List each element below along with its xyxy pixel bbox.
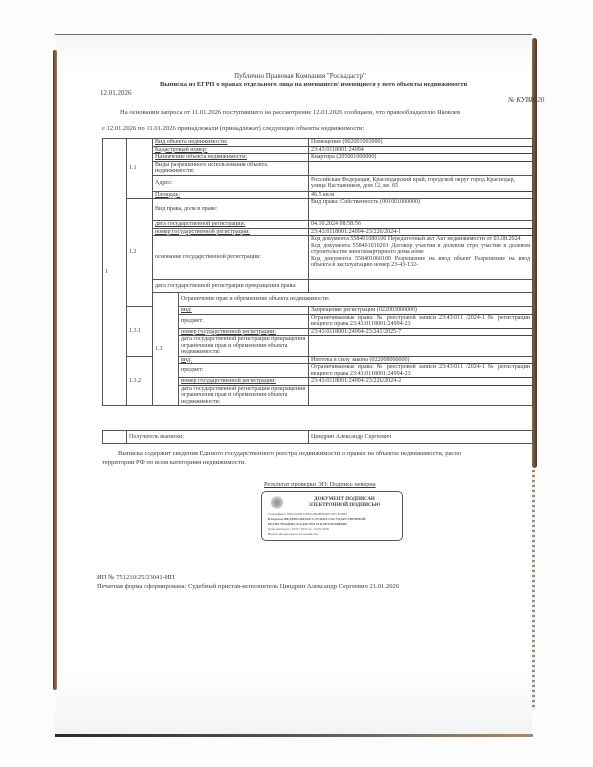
row-label: основание государственной регистрации: [153, 236, 309, 280]
basis-document: Код документа 558401060100 Разрешение на… [311, 256, 530, 269]
basis-document: Код документа 558401080100 Передаточный … [311, 236, 530, 243]
row-value-list: Код документа 558401080100 Передаточный … [309, 236, 533, 280]
recipient-blank [103, 431, 127, 444]
footer-note-line-2: территории РФ по всем категориям недвижи… [102, 459, 246, 467]
row-label: дата государственной регистрации прекращ… [179, 385, 309, 406]
row-value: Ограничиваемые права: № реестровой запис… [309, 364, 533, 378]
row-label: Вид объекта недвижимости: [153, 139, 309, 147]
row-value: Запрещение регистрации (022003000000) [309, 307, 533, 315]
row-label: дата государственной регистрации: [153, 221, 309, 229]
row-value: 46.5 кв.м [309, 191, 533, 199]
row-label: вид: [179, 307, 309, 315]
stamp-validity: Действителен с 02.07.2025 по 25.09.2026 [268, 527, 329, 532]
row-value: 23:43:0118001:24994-23/241/2025-7 [309, 328, 533, 336]
row-label: Назначение объекта недвижимости: [153, 154, 309, 162]
document-number: № КУВИ-20 [508, 96, 544, 104]
stamp-owner-2: РЕГИСТРАЦИИ, КАДАСТРА И КАРТОГРАФИИ [268, 522, 347, 527]
electronic-signature-stamp: ДОКУМЕНТ ПОДПИСАН ЭЛЕКТРОННОЙ ПОДПИСЬЮ С… [261, 491, 403, 541]
case-number: ИП № 751210/25/23041-ИП [97, 574, 174, 582]
row-value: 23:43:0118001:24994 [309, 146, 533, 154]
row-value: 23:43:0118001:24994-23/226/2024-2 [309, 378, 533, 386]
printed-by: Печатная форма сформирована: Судебный пр… [97, 583, 399, 591]
row-value: Ограничиваемые права: № реестровой запис… [309, 314, 533, 328]
signature-check-result: Результат проверки ЭП: Подпись неверна [264, 481, 376, 489]
row-label: номер государственной регистрации: [179, 378, 309, 386]
stamp-title-2: ЭЛЕКТРОННОЙ ПОДПИСЬЮ [292, 503, 397, 509]
row-label: Адрес: [153, 175, 309, 191]
row-value: Вид права: Собственность (001001000000) [309, 199, 533, 221]
row-value: Российская Федерация, Краснодарский край… [309, 175, 533, 191]
row-label: Площадь: [153, 191, 309, 199]
row-value: 23:43:0118001:24994-23/226/2024-1 [309, 228, 533, 236]
stamp-owner: Владелец ФЕДЕРАЛЬНАЯ СЛУЖБА ГОСУДАРСТВЕН… [268, 517, 366, 522]
coat-of-arms-icon [270, 496, 284, 509]
stamp-certificate: Сертификат 4FD2A28CCB6A2DDB60AEC0ECE5DD [268, 512, 347, 517]
page-edge-right-lower [532, 470, 535, 710]
root-index: 1 [103, 139, 127, 406]
recipient-value: Циндрин Александр Сергеевич [309, 431, 533, 444]
row-value: 04.10.2024 08:58:56 [309, 221, 533, 229]
document-date: 12.01.2026 [100, 89, 132, 97]
row-value [309, 161, 533, 175]
page-bottom-edge [55, 734, 533, 737]
row-value: Ипотека в силу закона (022008000000) [309, 356, 533, 364]
org-name: Публично Правовая Компания "Роскадастр" [200, 72, 400, 80]
footer-note-line-1: Выписка содержит сведения Единого госуда… [118, 450, 461, 458]
row-label: Виды разрешенного использования объекта … [153, 161, 309, 175]
row-label: Кадастровый номер: [153, 146, 309, 154]
recipient-label: Получатель выписки: [127, 431, 309, 444]
row-label: номер государственной регистрации: [153, 228, 309, 236]
row-label: дата государственной регистрации прекращ… [153, 280, 309, 293]
subsection-index: 1.3.1 [127, 307, 153, 357]
row-value: Квартира (205001000000) [309, 154, 533, 162]
row-label: предмет: [179, 364, 309, 378]
intro-line-2: с 12.01.2026 по 11.01.2026 принадлежали … [102, 125, 364, 133]
row-label: Ограничение прав и обременение объекта н… [179, 293, 533, 307]
subsection-index: 1.3.2 [127, 356, 153, 406]
row-value [309, 336, 533, 357]
basis-document: Код документа 558401010201 Договор участ… [311, 243, 530, 256]
page-edge-left [53, 50, 57, 690]
row-label: вид: [179, 356, 309, 364]
section-index: 1.3 [153, 293, 179, 406]
row-label: предмет: [179, 314, 309, 328]
document-title: Выписка из ЕГРН о правах отдельного лица… [160, 81, 467, 89]
intro-line-1: На основании запроса от 11.01.2026 посту… [120, 109, 460, 117]
row-value [309, 385, 533, 406]
row-label: Вид права, доля в праве: [153, 199, 309, 221]
stamp-issuer: Выдан Федеральное казначейство [268, 532, 319, 537]
section-index: 1.2 [127, 199, 153, 307]
row-label: номер государственной регистрации: [179, 328, 309, 336]
egrn-table: 1 1.1 Вид объекта недвижимости: Помещени… [102, 138, 533, 406]
row-value [309, 280, 533, 293]
section-index: 1.1 [127, 139, 153, 199]
row-label: дата государственной регистрации прекращ… [179, 336, 309, 357]
recipient-table: Получатель выписки: Циндрин Александр Се… [102, 430, 533, 444]
row-value: Помещение (002001003000) [309, 139, 533, 147]
